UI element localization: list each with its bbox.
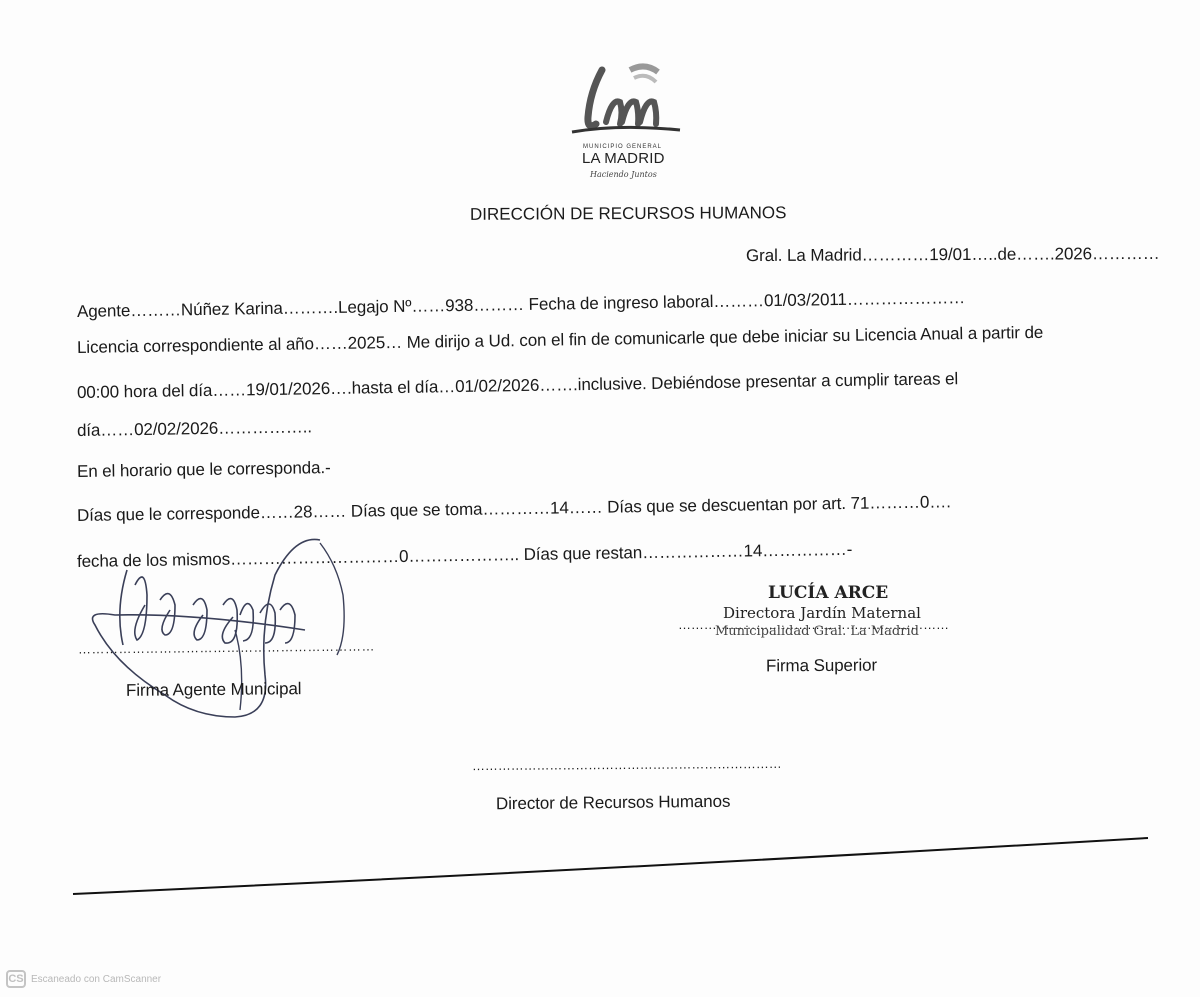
bottom-divider-line [0,0,1200,997]
scanned-document: MUNICIPIO GENERAL LA MADRID Haciendo Jun… [0,0,1200,997]
camscanner-logo-icon: CS [6,970,26,988]
scanner-watermark: CS Escaneado con CamScanner [6,970,161,988]
scanner-watermark-text: Escaneado con CamScanner [31,974,161,985]
